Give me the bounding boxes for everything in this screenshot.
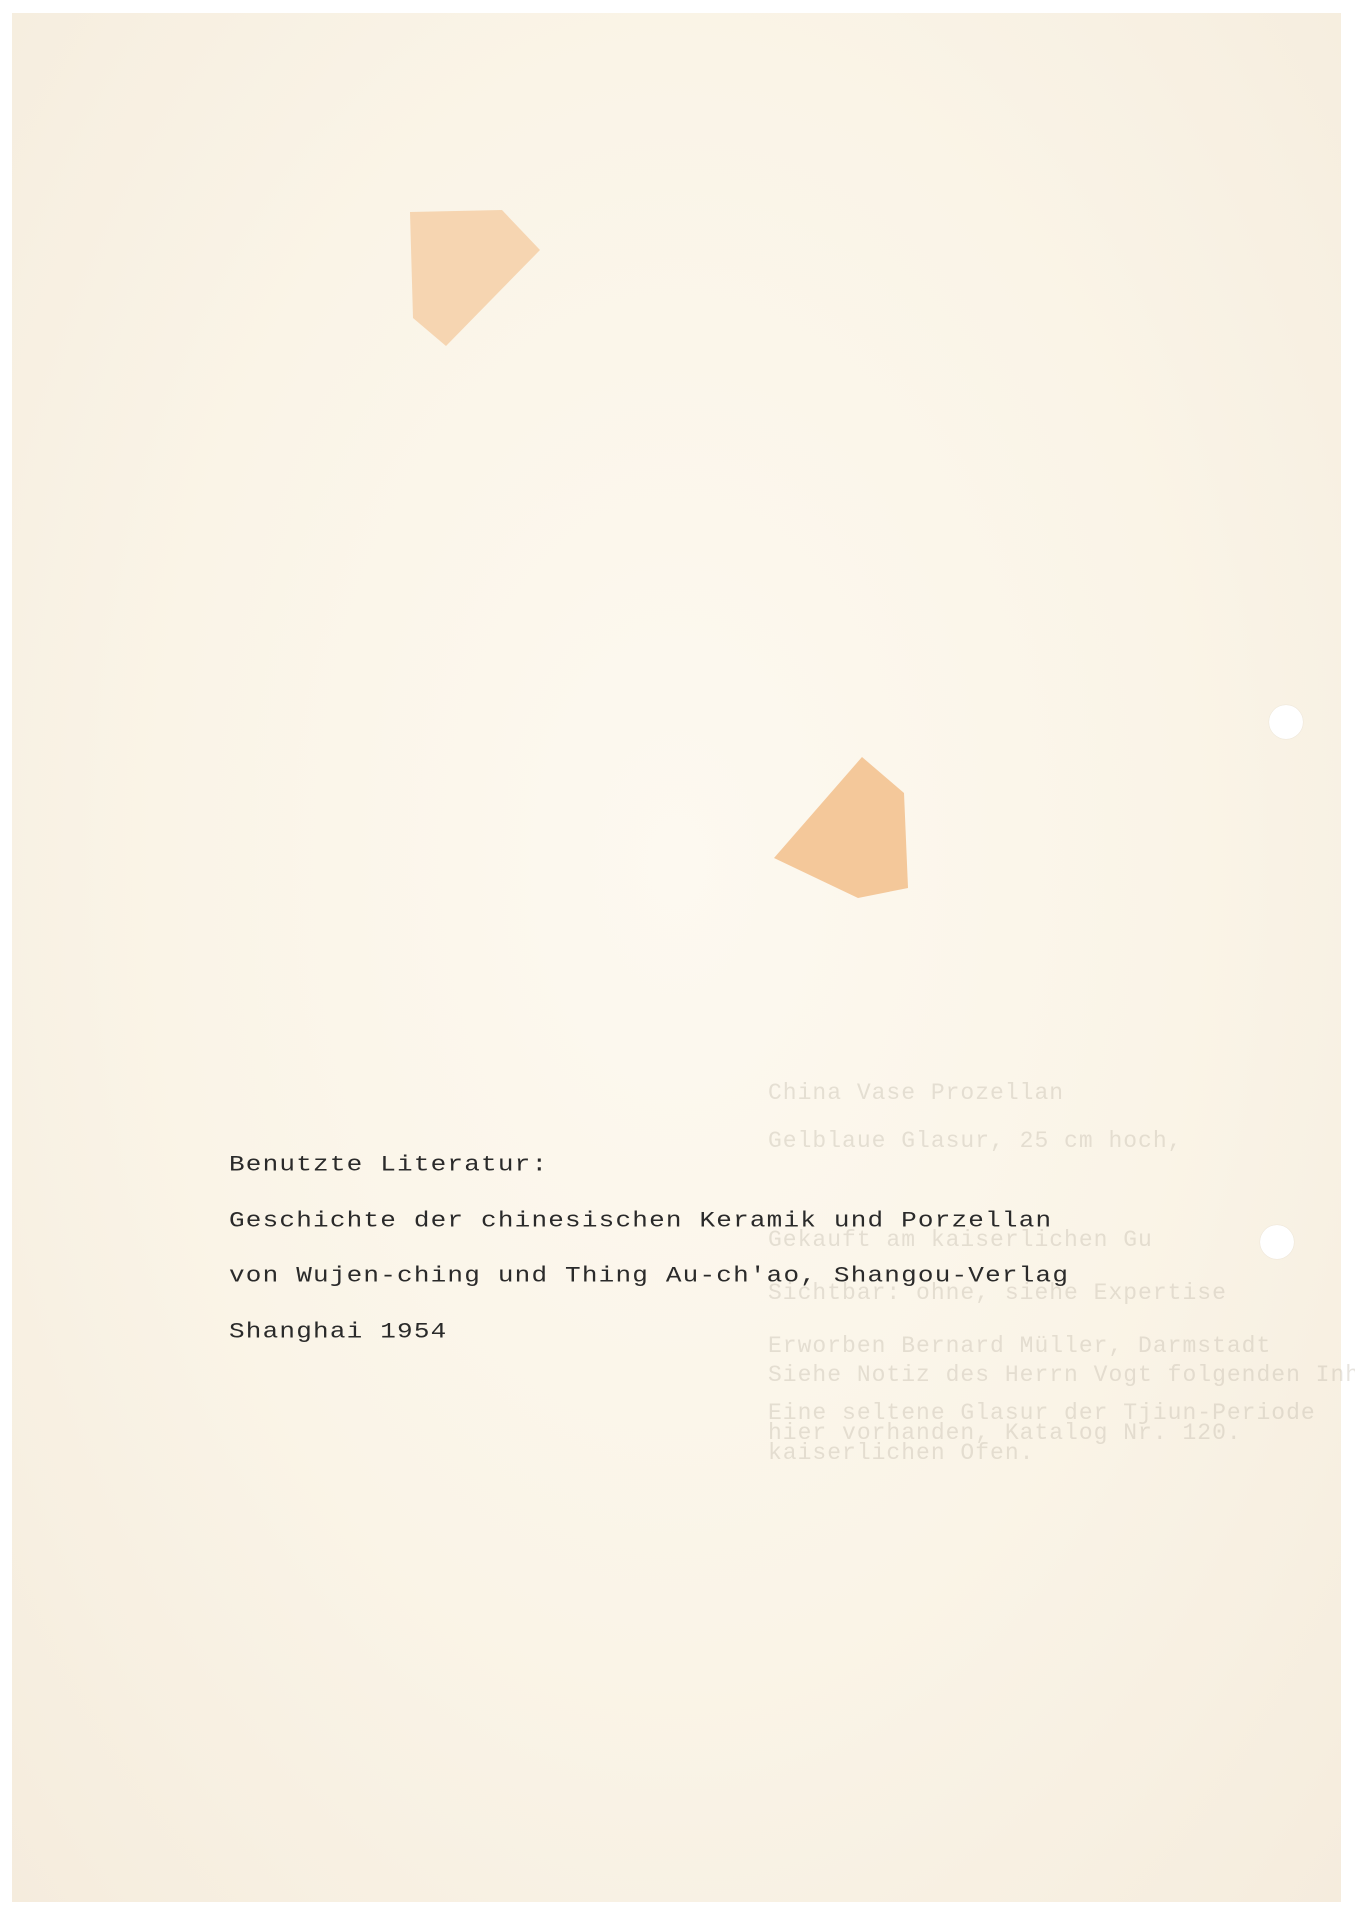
- ghost-line: Siehe Notiz des Herrn Vogt folgenden Inh…: [768, 1362, 1355, 1388]
- bibliography-authors: von Wujen-ching und Thing Au-ch'ao, Shan…: [229, 1267, 1069, 1285]
- ghost-line: China Vase Prozellan: [768, 1080, 1064, 1106]
- punch-hole-upper: [1269, 705, 1303, 739]
- ghost-line: kaiserlichen Ofen.: [768, 1440, 1034, 1466]
- punch-hole-lower: [1260, 1225, 1294, 1259]
- bibliography-place-year: Shanghai 1954: [229, 1322, 1069, 1340]
- bibliography-title: Geschichte der chinesischen Keramik und …: [229, 1211, 1069, 1229]
- paper-sheet: [12, 13, 1341, 1902]
- bibliography-heading: Benutzte Literatur:: [229, 1156, 1069, 1174]
- bibliography-block: Benutzte Literatur: Geschichte der chine…: [229, 1119, 1069, 1359]
